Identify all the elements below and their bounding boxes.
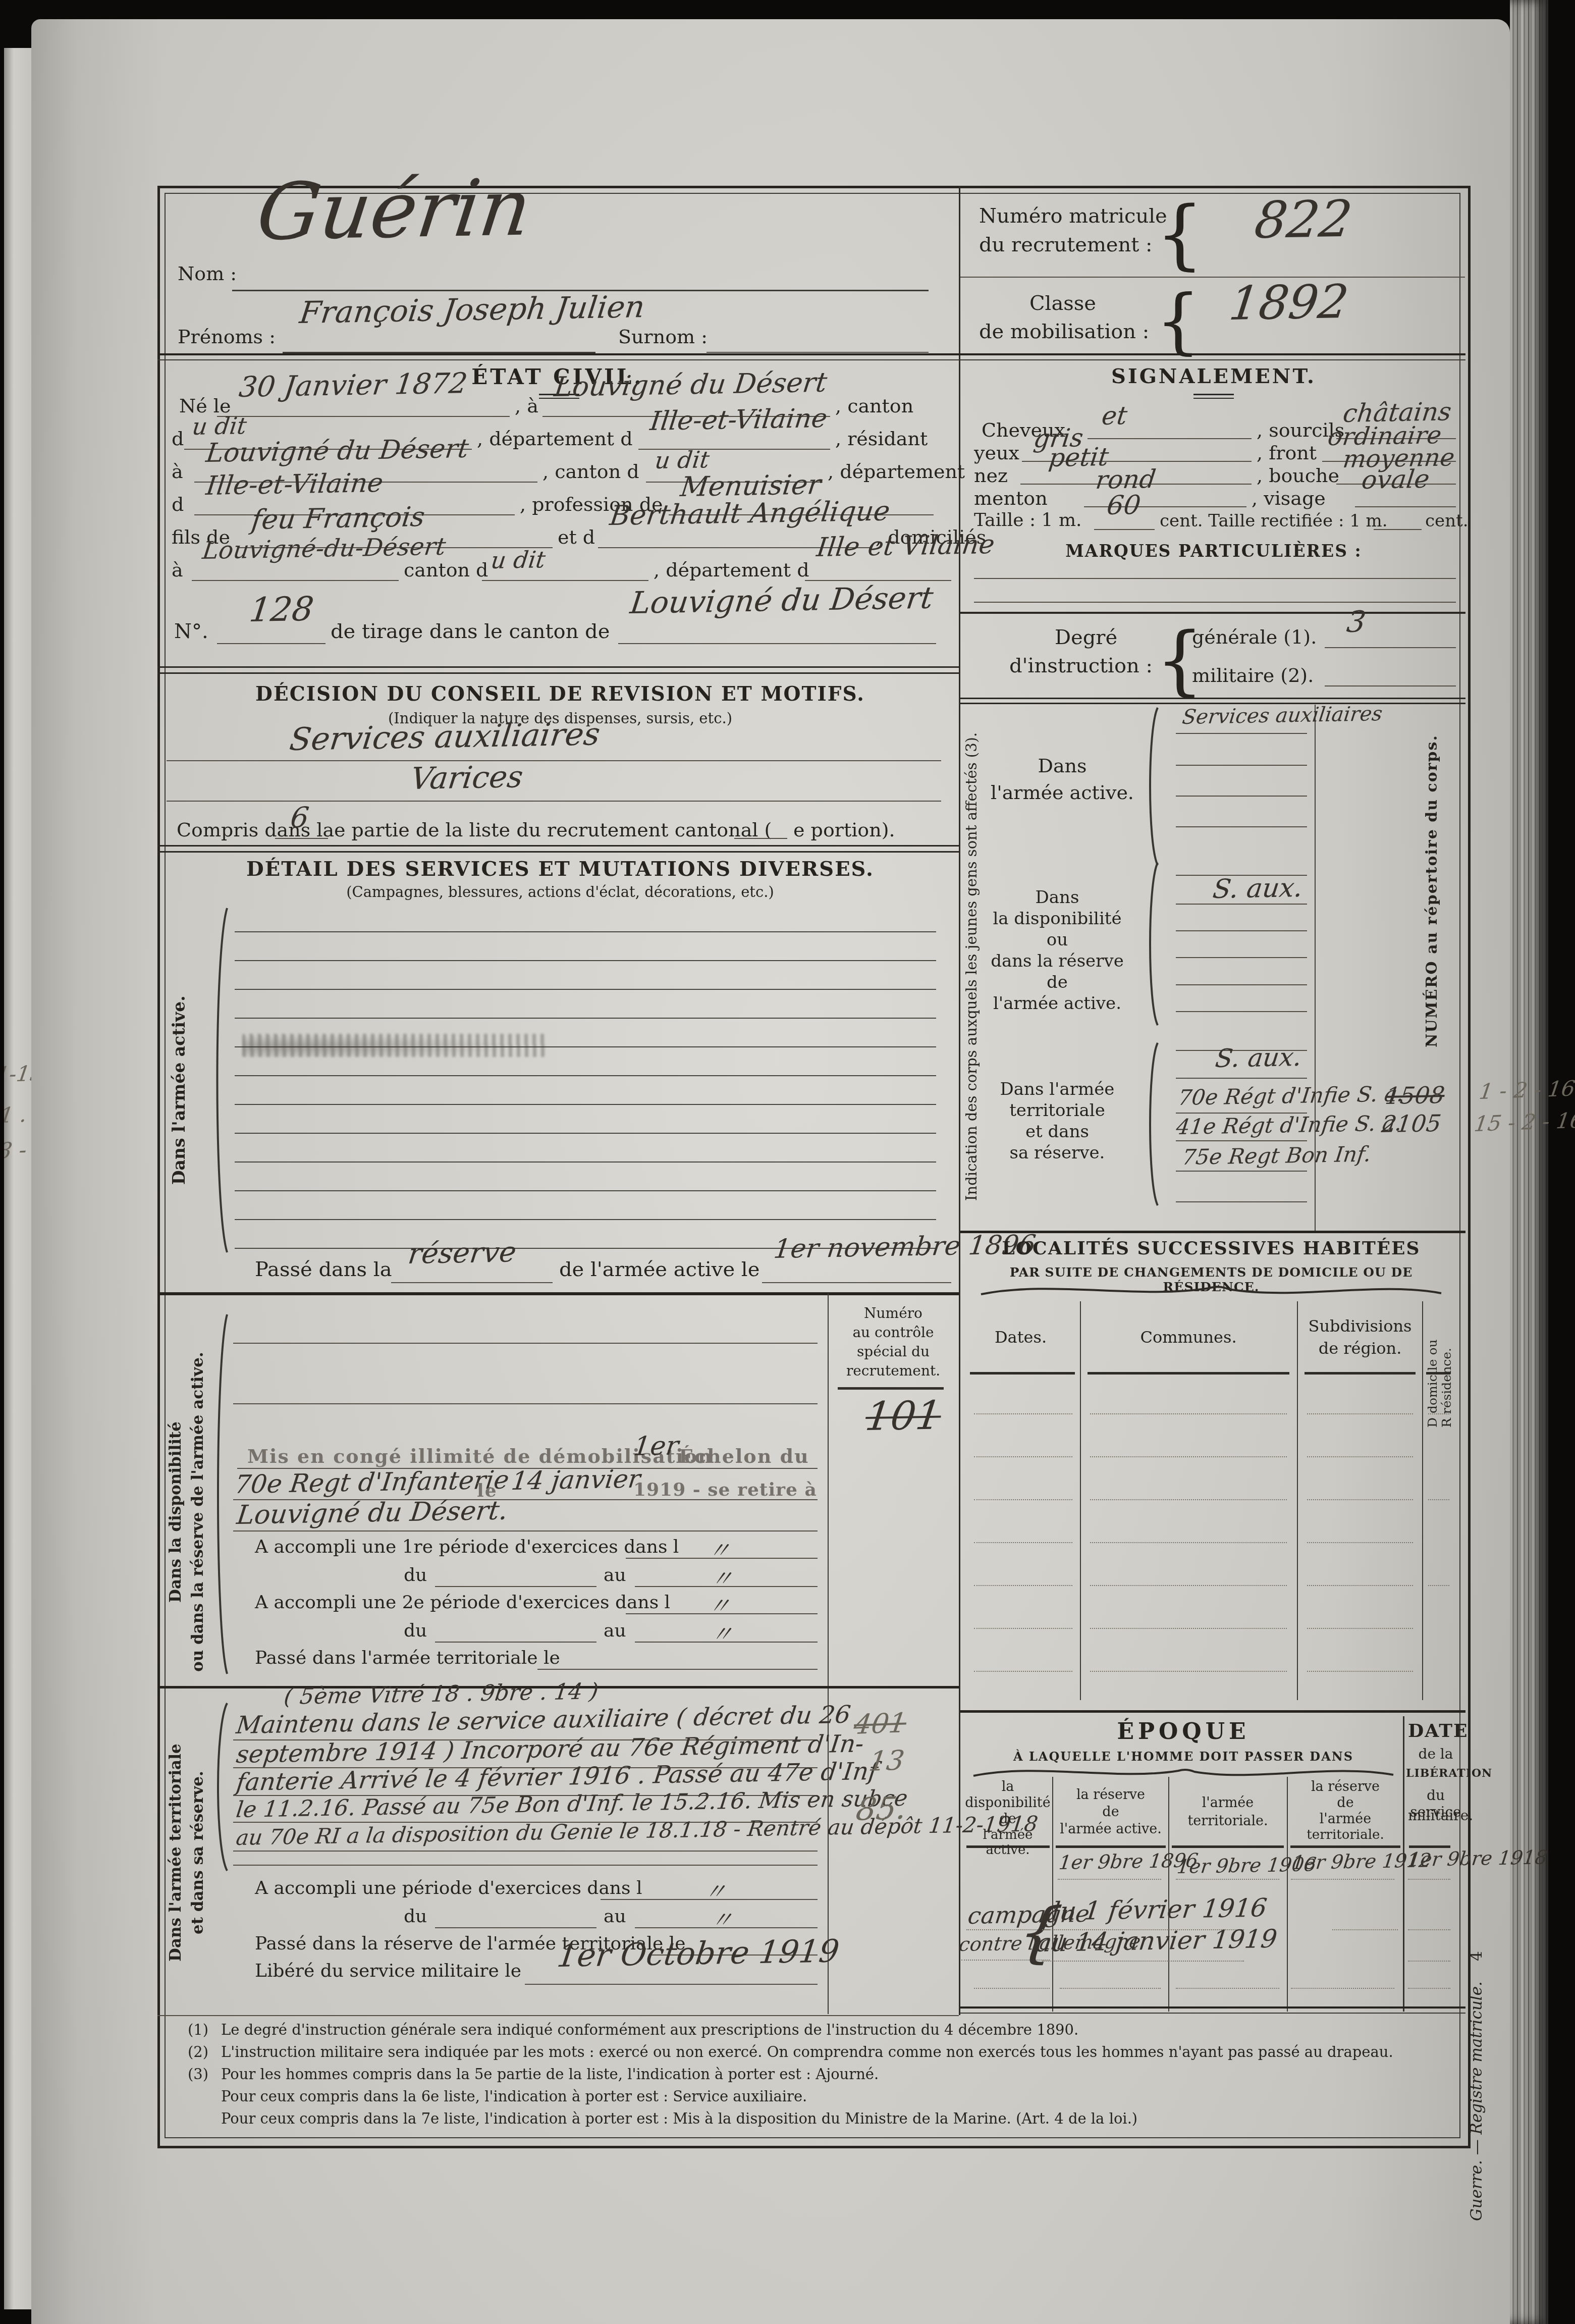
table-row-line bbox=[1090, 1585, 1287, 1586]
decision-title: DÉCISION DU CONSEIL DE REVISION ET MOTIF… bbox=[167, 682, 954, 706]
footnote-num: (1) bbox=[188, 2021, 208, 2038]
ditto-mark: 〃 bbox=[709, 1616, 735, 1649]
epoque-col3-header: l'armée bbox=[1171, 1795, 1285, 1811]
table-row-line bbox=[974, 1628, 1072, 1629]
services-subtitle: (Campagnes, blessures, actions d'éclat, … bbox=[167, 883, 954, 901]
canton-label: , canton bbox=[835, 395, 913, 417]
a-label: à bbox=[172, 559, 183, 581]
canton-naissance-value: u dit bbox=[191, 412, 248, 440]
terr-regiment-3: 75e Regt Bon Inf. bbox=[1181, 1142, 1373, 1170]
rule bbox=[1176, 826, 1307, 827]
matricule-label2: du recrutement : bbox=[979, 233, 1153, 256]
localites-title: LOCALITÉS SUCCESSIVES HABITÉES bbox=[964, 1238, 1458, 1259]
du-label: du bbox=[404, 1906, 427, 1927]
faded-stamp bbox=[242, 1034, 545, 1057]
terr-label: sa réserve. bbox=[974, 1143, 1140, 1163]
portion-label: e portion). bbox=[793, 819, 895, 841]
au-label: au bbox=[604, 1906, 626, 1927]
rule bbox=[734, 838, 787, 839]
header-underline bbox=[1305, 1372, 1416, 1375]
rule bbox=[435, 1927, 596, 1928]
header-underline bbox=[970, 1372, 1075, 1375]
visage-label: , visage bbox=[1252, 487, 1326, 509]
table-row-line bbox=[1307, 1671, 1413, 1672]
menton-label: menton bbox=[974, 487, 1048, 509]
rule bbox=[1058, 1879, 1161, 1880]
terr-regiment-2: 41e Régt d'Infie S. a. bbox=[1175, 1111, 1403, 1139]
signalement-title: SIGNALEMENT. bbox=[964, 364, 1463, 388]
epoque-title: ÉPOQUE bbox=[964, 1719, 1403, 1745]
canton-label: , canton d bbox=[542, 460, 639, 483]
tirage-canton-value: Louvigné du Désert bbox=[628, 580, 935, 621]
table-row-line bbox=[974, 1413, 1072, 1414]
rule bbox=[482, 580, 648, 581]
regiment-demobilisation-value: 70e Regt d'Infanterie bbox=[233, 1465, 511, 1499]
table-row-line bbox=[1307, 1628, 1413, 1629]
section-divider bbox=[157, 1292, 959, 1295]
mere-value: Berthault Angélique bbox=[608, 495, 892, 532]
table-row-line bbox=[1428, 1499, 1449, 1500]
header-underline bbox=[1172, 1845, 1284, 1848]
rule bbox=[167, 760, 941, 761]
brace-curve bbox=[1145, 861, 1160, 1027]
spine-caption-text: Guerre. — Registre matricule. bbox=[1468, 1981, 1486, 2221]
title-ornament bbox=[1193, 394, 1234, 399]
taille-rectifiee-label: cent. Taille rectifiée : 1 m. bbox=[1160, 511, 1388, 531]
ditto-mark: 〃 bbox=[702, 1873, 729, 1906]
rule bbox=[1355, 506, 1456, 507]
table-row-line bbox=[974, 1542, 1072, 1543]
date-col-header: militaire. bbox=[1408, 1807, 1463, 1824]
passe-territoriale-label: Passé dans l'armée territoriale le bbox=[255, 1648, 560, 1668]
brace-curve bbox=[212, 1312, 229, 1676]
generale-label: générale (1). bbox=[1192, 626, 1317, 648]
table-row-line bbox=[974, 1671, 1072, 1672]
echelon-stamp: Échelon du bbox=[679, 1445, 809, 1467]
taille-value: 60 bbox=[1105, 490, 1143, 521]
col-subdiv-header2: de région. bbox=[1302, 1339, 1418, 1358]
epoque-col1-header: la bbox=[965, 1779, 1051, 1794]
matricule-label: Numéro matricule bbox=[979, 204, 1167, 228]
rule bbox=[217, 643, 325, 644]
du-label: du bbox=[404, 1620, 427, 1641]
footnote-text: Pour les hommes compris dans la 5e parti… bbox=[221, 2066, 879, 2083]
lieu-naissance-value: Louvigné du Désert bbox=[553, 366, 829, 403]
margin-note: 1 . 17 bbox=[4, 1101, 31, 1128]
front-label: , front bbox=[1257, 442, 1317, 464]
rule bbox=[1042, 1961, 1244, 1962]
date-demobilisation-value: 14 janvier bbox=[510, 1464, 642, 1496]
rule bbox=[1088, 438, 1252, 439]
rule bbox=[1176, 957, 1307, 958]
decision-value1: Services auxiliaires bbox=[288, 715, 602, 758]
territoriale-vertical-label2: et dans sa réserve. bbox=[189, 1696, 210, 2009]
section-divider bbox=[960, 1231, 1465, 1233]
departement-residence-value: Ille-et-Vilaine bbox=[204, 468, 385, 501]
spine-caption-number: 4 bbox=[1468, 1951, 1486, 1961]
au-label: au bbox=[604, 1565, 626, 1586]
section-divider bbox=[960, 1710, 1465, 1713]
periode2-label: A accompli une 2e période d'exercices da… bbox=[255, 1592, 670, 1613]
brace-icon: { bbox=[1156, 191, 1204, 279]
divider bbox=[157, 672, 959, 674]
previous-page-edge: -1-15 1 . 17 8 - 17 bbox=[4, 48, 31, 2309]
table-row-line bbox=[1090, 1456, 1287, 1457]
classe-label2: de mobilisation : bbox=[979, 320, 1149, 343]
territoriale-vertical-label: Dans l'armée territoriale bbox=[167, 1696, 188, 2009]
rule bbox=[1176, 984, 1307, 985]
disponibilite-vertical-label2: ou dans la réserve de l'armée active. bbox=[189, 1302, 210, 1721]
armee-active-value: Services auxiliaires bbox=[1181, 702, 1384, 729]
footnote-num: (2) bbox=[188, 2043, 208, 2061]
departement-naissance-value: Ille-et-Vilaine bbox=[648, 403, 829, 437]
footnote-text: Le degré d'instruction générale sera ind… bbox=[221, 2021, 1078, 2038]
rule bbox=[1374, 529, 1422, 530]
divider bbox=[157, 845, 959, 847]
controle-header: spécial du bbox=[833, 1343, 954, 1360]
header-underline bbox=[966, 1845, 1050, 1848]
footnote-text: L'instruction militaire sera indiquée pa… bbox=[221, 2043, 1393, 2061]
divider bbox=[157, 666, 959, 668]
divider bbox=[157, 851, 959, 853]
canton-label: canton d bbox=[404, 559, 488, 581]
rule bbox=[275, 838, 328, 839]
margin-note: -1-15 bbox=[4, 1061, 31, 1087]
rule bbox=[1408, 1988, 1450, 1989]
rule bbox=[762, 1282, 951, 1283]
et-de-label: et d bbox=[558, 526, 595, 548]
brace-curve bbox=[1145, 706, 1160, 867]
rule bbox=[974, 578, 1456, 579]
residence-value: Louvigné du Désert bbox=[204, 434, 470, 468]
epoque-col2-header: la réserve bbox=[1055, 1787, 1167, 1803]
brace-curve bbox=[212, 1701, 229, 1873]
de-label: d bbox=[172, 493, 184, 515]
footnote-separator bbox=[157, 2015, 959, 2016]
marge-numero-2: 13 bbox=[867, 1745, 906, 1777]
epoque-col2-header: l'armée active. bbox=[1055, 1821, 1167, 1837]
col-dr-header: D domicile ou bbox=[1425, 1306, 1439, 1428]
au-label: au bbox=[604, 1620, 626, 1641]
yeux-label: yeux bbox=[974, 442, 1019, 464]
rule bbox=[1176, 1140, 1307, 1141]
rule bbox=[525, 1984, 818, 1985]
terr-regiment-1-num: 1508 bbox=[1384, 1081, 1446, 1110]
header-bottom-rule bbox=[157, 353, 1465, 355]
rule bbox=[1408, 1961, 1450, 1962]
table-bottom-rule bbox=[960, 2006, 1465, 2009]
libere-value: 1er Octobre 1919 bbox=[555, 1932, 841, 1974]
departement-label: , département d bbox=[654, 559, 809, 581]
terr-regiment-1: 70e Régt d'Infie S. a. bbox=[1177, 1081, 1405, 1110]
decision-value2: Varices bbox=[409, 759, 525, 797]
numero-tirage-value: 128 bbox=[247, 590, 316, 629]
page-stack-edge bbox=[1510, 0, 1548, 2324]
numero-tirage-label: N°. bbox=[174, 620, 208, 643]
rule bbox=[1325, 685, 1456, 686]
echelon-number-value: 1er bbox=[632, 1431, 680, 1462]
table-row-line bbox=[1090, 1499, 1287, 1500]
tirage-canton-label: de tirage dans le canton de bbox=[331, 620, 610, 643]
rule bbox=[233, 1403, 818, 1404]
terr-regiment-2-num: 2105 bbox=[1380, 1110, 1443, 1138]
marge-numero-3: 85. bbox=[854, 1789, 909, 1828]
col-dates-header: Dates. bbox=[966, 1328, 1075, 1347]
rule bbox=[233, 1530, 818, 1531]
table-row-line bbox=[1090, 1542, 1287, 1543]
epoque-col1-header: l'armée active. bbox=[965, 1827, 1051, 1858]
table-row-line bbox=[1307, 1499, 1413, 1500]
taille-label: Taille : 1 m. bbox=[974, 510, 1081, 531]
classe-value: 1892 bbox=[1226, 275, 1351, 331]
controle-value: 101 bbox=[863, 1393, 944, 1440]
pere-value: feu François bbox=[250, 501, 426, 536]
services-title: DÉTAIL DES SERVICES ET MUTATIONS DIVERSE… bbox=[167, 857, 954, 881]
rule bbox=[1408, 1879, 1450, 1880]
col-subdiv-header: Subdivisions bbox=[1302, 1316, 1418, 1336]
de-label: d bbox=[172, 428, 184, 450]
header-bottom-rule2 bbox=[157, 359, 1465, 360]
matricule-value: 822 bbox=[1252, 189, 1355, 250]
table-vrule bbox=[1168, 1777, 1169, 2012]
footnote-num: (3) bbox=[188, 2066, 208, 2083]
periode1-label: A accompli une 1re période d'exercices d… bbox=[255, 1537, 679, 1557]
visage-value: ovale bbox=[1360, 464, 1431, 495]
rule bbox=[1176, 1201, 1307, 1202]
rule bbox=[1176, 1171, 1307, 1172]
header-underline bbox=[1290, 1845, 1400, 1848]
passe-reserve-label: Passé dans la bbox=[255, 1258, 392, 1281]
rule bbox=[1332, 1929, 1398, 1930]
passe-reserve-value: réserve bbox=[406, 1236, 518, 1271]
col-dr-header2: R résidence. bbox=[1439, 1306, 1453, 1428]
table-row-line bbox=[1090, 1628, 1287, 1629]
header-underline bbox=[1056, 1845, 1166, 1848]
col-communes-header: Communes. bbox=[1085, 1328, 1292, 1347]
table-vrule bbox=[1422, 1301, 1423, 1700]
surnom-label: Surnom : bbox=[618, 326, 708, 348]
lieu-retraite-value: Louvigné du Désert. bbox=[235, 1496, 510, 1530]
rule bbox=[537, 1669, 818, 1670]
ditto-mark: 〃 bbox=[707, 1588, 733, 1620]
brace-icon: { bbox=[1156, 280, 1201, 362]
rule bbox=[1176, 733, 1307, 734]
table-row-line bbox=[974, 1585, 1072, 1586]
header-underline bbox=[1088, 1372, 1289, 1375]
marge-numero-1: 401 bbox=[852, 1707, 909, 1740]
brace-curve bbox=[1145, 1041, 1160, 1207]
table-row-line bbox=[1428, 1413, 1449, 1414]
cheveux-value: et bbox=[1100, 401, 1129, 431]
divider bbox=[960, 698, 1465, 699]
dispo-label: dans la réserve bbox=[974, 951, 1140, 971]
table-row-line bbox=[1307, 1456, 1413, 1457]
table-row-line bbox=[1090, 1413, 1287, 1414]
rule bbox=[167, 801, 941, 802]
date-col-header: DATE bbox=[1408, 1720, 1463, 1741]
rule bbox=[1094, 529, 1155, 530]
table-bottom-rule2 bbox=[960, 2013, 1465, 2014]
a-label: à bbox=[172, 460, 183, 483]
campagne-au-value: au 14 janvier 1919 bbox=[1035, 1924, 1279, 1958]
du-label: du bbox=[404, 1565, 427, 1586]
rule bbox=[233, 1851, 818, 1852]
terr-value-saux: S. aux. bbox=[1214, 1042, 1304, 1073]
disponibilite-vertical-label: Dans la disponibilité bbox=[167, 1302, 188, 1721]
armee-active-le-label: de l'armée active le bbox=[559, 1258, 759, 1281]
rule bbox=[1176, 1988, 1279, 1989]
ditto-mark: 〃 bbox=[707, 1532, 733, 1565]
margin-note: 8 - 17 bbox=[4, 1136, 31, 1164]
epoque-col4-header: territoriale. bbox=[1289, 1827, 1401, 1842]
date-naissance-value: 30 Janvier 1872 bbox=[237, 367, 469, 404]
table-row-line bbox=[1307, 1413, 1413, 1414]
swash-ornament bbox=[979, 1283, 1443, 1298]
margin-date-1: 1 - 2 - 16 bbox=[1478, 1076, 1575, 1104]
table-row-line bbox=[1307, 1585, 1413, 1586]
rule bbox=[1176, 904, 1307, 905]
libere-label: Libéré du service militaire le bbox=[255, 1961, 521, 1981]
rule bbox=[974, 1988, 1050, 1989]
rule bbox=[707, 352, 929, 353]
residant-label: , résidant bbox=[835, 428, 928, 450]
divider bbox=[960, 703, 1465, 704]
epoque-col2-header: de bbox=[1055, 1804, 1167, 1820]
footnote-text: Pour ceux compris dans la 7e liste, l'in… bbox=[221, 2110, 1137, 2127]
dispo-label: de bbox=[974, 972, 1140, 992]
rule bbox=[435, 1642, 596, 1643]
periode-terr-label: A accompli une période d'exercices dans … bbox=[255, 1878, 642, 1898]
table-row-line bbox=[1428, 1585, 1449, 1586]
degre-label: Degré bbox=[1055, 626, 1117, 649]
scanned-register-page: -1-15 1 . 17 8 - 17 Nom : Guérin Prénoms… bbox=[0, 0, 1575, 2324]
cent-label: cent. bbox=[1425, 511, 1469, 531]
rule bbox=[1291, 1879, 1394, 1880]
date-col-header: LIBÉRATION bbox=[1406, 1767, 1465, 1780]
departement-label: , département d bbox=[477, 428, 633, 450]
rule bbox=[1060, 1988, 1161, 1989]
divider bbox=[960, 612, 1465, 614]
rule bbox=[974, 602, 1456, 603]
se-retire-stamp: 1919 - se retire à bbox=[633, 1479, 817, 1500]
service-write-lines bbox=[235, 904, 936, 1253]
instruction-label: d'instruction : bbox=[1009, 654, 1153, 677]
rule bbox=[618, 643, 936, 644]
terr-label: territoriale bbox=[974, 1100, 1140, 1121]
dispo-label: l'armée active. bbox=[974, 993, 1140, 1014]
compris-suite-label: e partie de la liste du recrutement cant… bbox=[334, 819, 772, 841]
subcolumn-rule bbox=[828, 1293, 829, 2014]
table-vrule bbox=[1287, 1777, 1288, 2012]
nom-label: Nom : bbox=[178, 262, 237, 285]
footnote-text: Pour ceux compris dans la 6e liste, l'in… bbox=[221, 2088, 807, 2105]
marques-label: MARQUES PARTICULIÈRES : bbox=[964, 541, 1463, 561]
table-vrule bbox=[1297, 1301, 1298, 1700]
ditto-mark: 〃 bbox=[709, 1902, 735, 1934]
rule bbox=[233, 1865, 818, 1866]
prenoms-value: François Joseph Julien bbox=[298, 289, 647, 331]
rule bbox=[1176, 930, 1307, 931]
rule bbox=[1176, 1078, 1307, 1079]
table-row-line bbox=[1307, 1542, 1413, 1543]
swash-ornament bbox=[971, 1766, 1395, 1779]
controle-header: Numéro bbox=[833, 1305, 954, 1322]
epoque-col4-header: l'armée bbox=[1289, 1811, 1401, 1827]
canton-domicile-value: u dit bbox=[490, 546, 547, 574]
rule bbox=[1325, 647, 1456, 648]
controle-header: au contrôle bbox=[833, 1324, 954, 1341]
rule bbox=[1176, 1011, 1307, 1012]
rule bbox=[217, 416, 510, 417]
dispo-label: ou bbox=[974, 930, 1140, 950]
epoque-col3-header: territoriale. bbox=[1171, 1813, 1285, 1829]
dispo-label: la disponibilité bbox=[974, 909, 1140, 929]
rule bbox=[1176, 765, 1307, 766]
epoque-col4-header: de bbox=[1289, 1795, 1401, 1811]
epoque-col1-header: disponibilité bbox=[965, 1795, 1051, 1811]
rule bbox=[1176, 796, 1307, 797]
departement-label: , département bbox=[828, 460, 965, 483]
table-row-line bbox=[974, 1456, 1072, 1457]
nom-value: Guérin bbox=[252, 162, 536, 258]
rule bbox=[233, 1343, 818, 1344]
rule bbox=[960, 277, 1465, 278]
a-label: , à bbox=[515, 395, 538, 417]
terr-label: Dans l'armée bbox=[974, 1079, 1140, 1099]
numero-repertoire-vertical-label: NUMÉRO au répertoire du corps. bbox=[1423, 707, 1443, 1075]
prenoms-label: Prénoms : bbox=[178, 326, 276, 348]
rule bbox=[391, 1282, 553, 1283]
brace-curve bbox=[211, 906, 229, 1254]
dispo-value: S. aux. bbox=[1211, 873, 1305, 905]
controle-header: recrutement. bbox=[833, 1362, 954, 1379]
armee-active-label2: l'armée active. bbox=[989, 781, 1135, 804]
rule bbox=[1408, 1929, 1450, 1930]
date-col-header: de la bbox=[1408, 1746, 1463, 1762]
rule bbox=[1291, 1988, 1394, 1989]
campagne-du-value: du 1 février 1916 bbox=[1042, 1893, 1269, 1926]
margin-date-2: 15 - 2 - 16 bbox=[1473, 1108, 1575, 1136]
epoque-col1-header: de bbox=[965, 1811, 1051, 1827]
table-row-line bbox=[974, 1499, 1072, 1500]
table-row-line bbox=[1090, 1671, 1287, 1672]
header-underline bbox=[1426, 1372, 1450, 1375]
terr-label: et dans bbox=[974, 1122, 1140, 1142]
epoque-subtitle: À LAQUELLE L'HOMME DOIT PASSER DANS bbox=[964, 1749, 1403, 1764]
table-vrule bbox=[1080, 1301, 1081, 1700]
bouche-label: , bouche bbox=[1257, 464, 1339, 487]
armee-active-label: Dans bbox=[989, 755, 1135, 777]
controle-underline bbox=[838, 1387, 944, 1390]
rule bbox=[192, 580, 399, 581]
epoque-col4-header: la réserve bbox=[1289, 1779, 1401, 1794]
nez-label: nez bbox=[974, 464, 1008, 487]
militaire-label: militaire (2). bbox=[1192, 664, 1314, 686]
spine-caption: Guerre. — Registre matricule.4 bbox=[1468, 1827, 1491, 2221]
dispo-label: Dans bbox=[974, 887, 1140, 908]
rule bbox=[1176, 1879, 1279, 1880]
rule bbox=[435, 1586, 596, 1587]
classe-label: Classe bbox=[1029, 292, 1096, 315]
canton-residence-value: u dit bbox=[654, 446, 711, 474]
armee-active-vertical-label: Dans l'armée active. bbox=[169, 934, 192, 1247]
